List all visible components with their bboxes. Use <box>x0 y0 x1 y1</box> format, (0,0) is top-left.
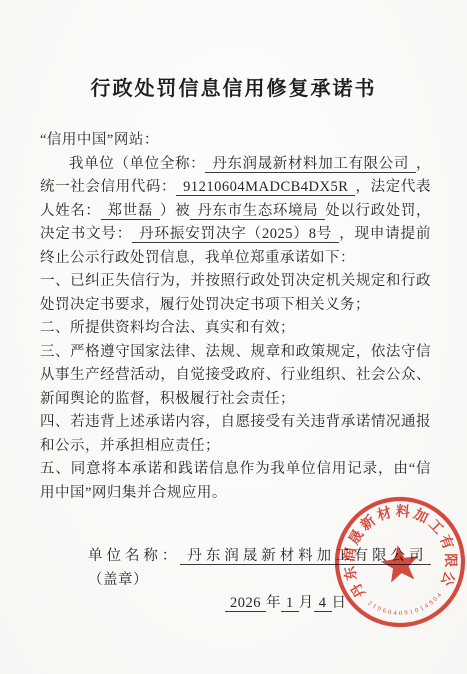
commitment-item-2: 二、所提供资料均合法、真实和有效； <box>40 317 431 341</box>
document-title: 行政处罚信息信用修复承诺书 <box>0 0 467 101</box>
date-year-value: 2026 <box>225 595 266 612</box>
date-day-value: 4 <box>314 595 332 612</box>
document-body: “信用中国”网站： 我单位（单位全称：丹东润晟新材料加工有限公司，统一社会信用代… <box>0 101 467 616</box>
intro-paragraph: 我单位（单位全称：丹东润晟新材料加工有限公司，统一社会信用代码：91210604… <box>40 153 431 271</box>
signature-company-value: 丹东润晟新材料加工有限公司 <box>180 548 431 565</box>
commitment-item-3: 三、严格遵守国家法律、法规、规章和政策规定，依法守信从事生产经营活动，自觉接受政… <box>40 341 431 412</box>
authority-value: 丹东市生态环境局 <box>190 203 325 220</box>
commitment-item-4: 四、若违背上述承诺内容，自愿接受有关违背承诺情况通报和公示，并承担相应责任； <box>40 411 431 458</box>
commitment-item-5: 五、同意将本承诺和践诺信息作为我单位信用记录，由“信用中国”网归集并合规应用。 <box>40 458 431 505</box>
decision-number-value: 丹环振安罚决字（2025）8号 <box>132 226 339 243</box>
seal-note: （盖章） <box>88 572 148 588</box>
signature-block: 单位名称：丹东润晟新材料加工有限公司（盖章） 2026年1月4日 <box>40 545 431 616</box>
legal-rep-value: 郑世磊 <box>101 203 160 220</box>
intro-sep3: ）被 <box>160 203 190 219</box>
unit-name-label: 单位名称： <box>88 548 180 564</box>
document-page: 行政处罚信息信用修复承诺书 “信用中国”网站： 我单位（单位全称：丹东润晟新材料… <box>0 0 467 674</box>
date-line: 2026年1月4日 <box>88 592 431 616</box>
company-name-value: 丹东润晟新材料加工有限公司 <box>205 156 416 173</box>
date-month-label: 月 <box>299 595 314 611</box>
credit-code-value: 91210604MADCB4DX5R <box>176 179 355 196</box>
intro-lead: 我单位（单位全称： <box>69 156 205 172</box>
date-day-label: 日 <box>332 595 347 611</box>
salutation: “信用中国”网站： <box>40 129 431 153</box>
date-month-value: 1 <box>281 595 299 612</box>
commitment-item-1: 一、已纠正失信行为，并按照行政处罚决定机关规定和行政处罚决定书要求，履行处罚决定… <box>40 270 431 317</box>
signature-line: 单位名称：丹东润晟新材料加工有限公司（盖章） <box>88 545 431 592</box>
date-year-label: 年 <box>266 595 281 611</box>
